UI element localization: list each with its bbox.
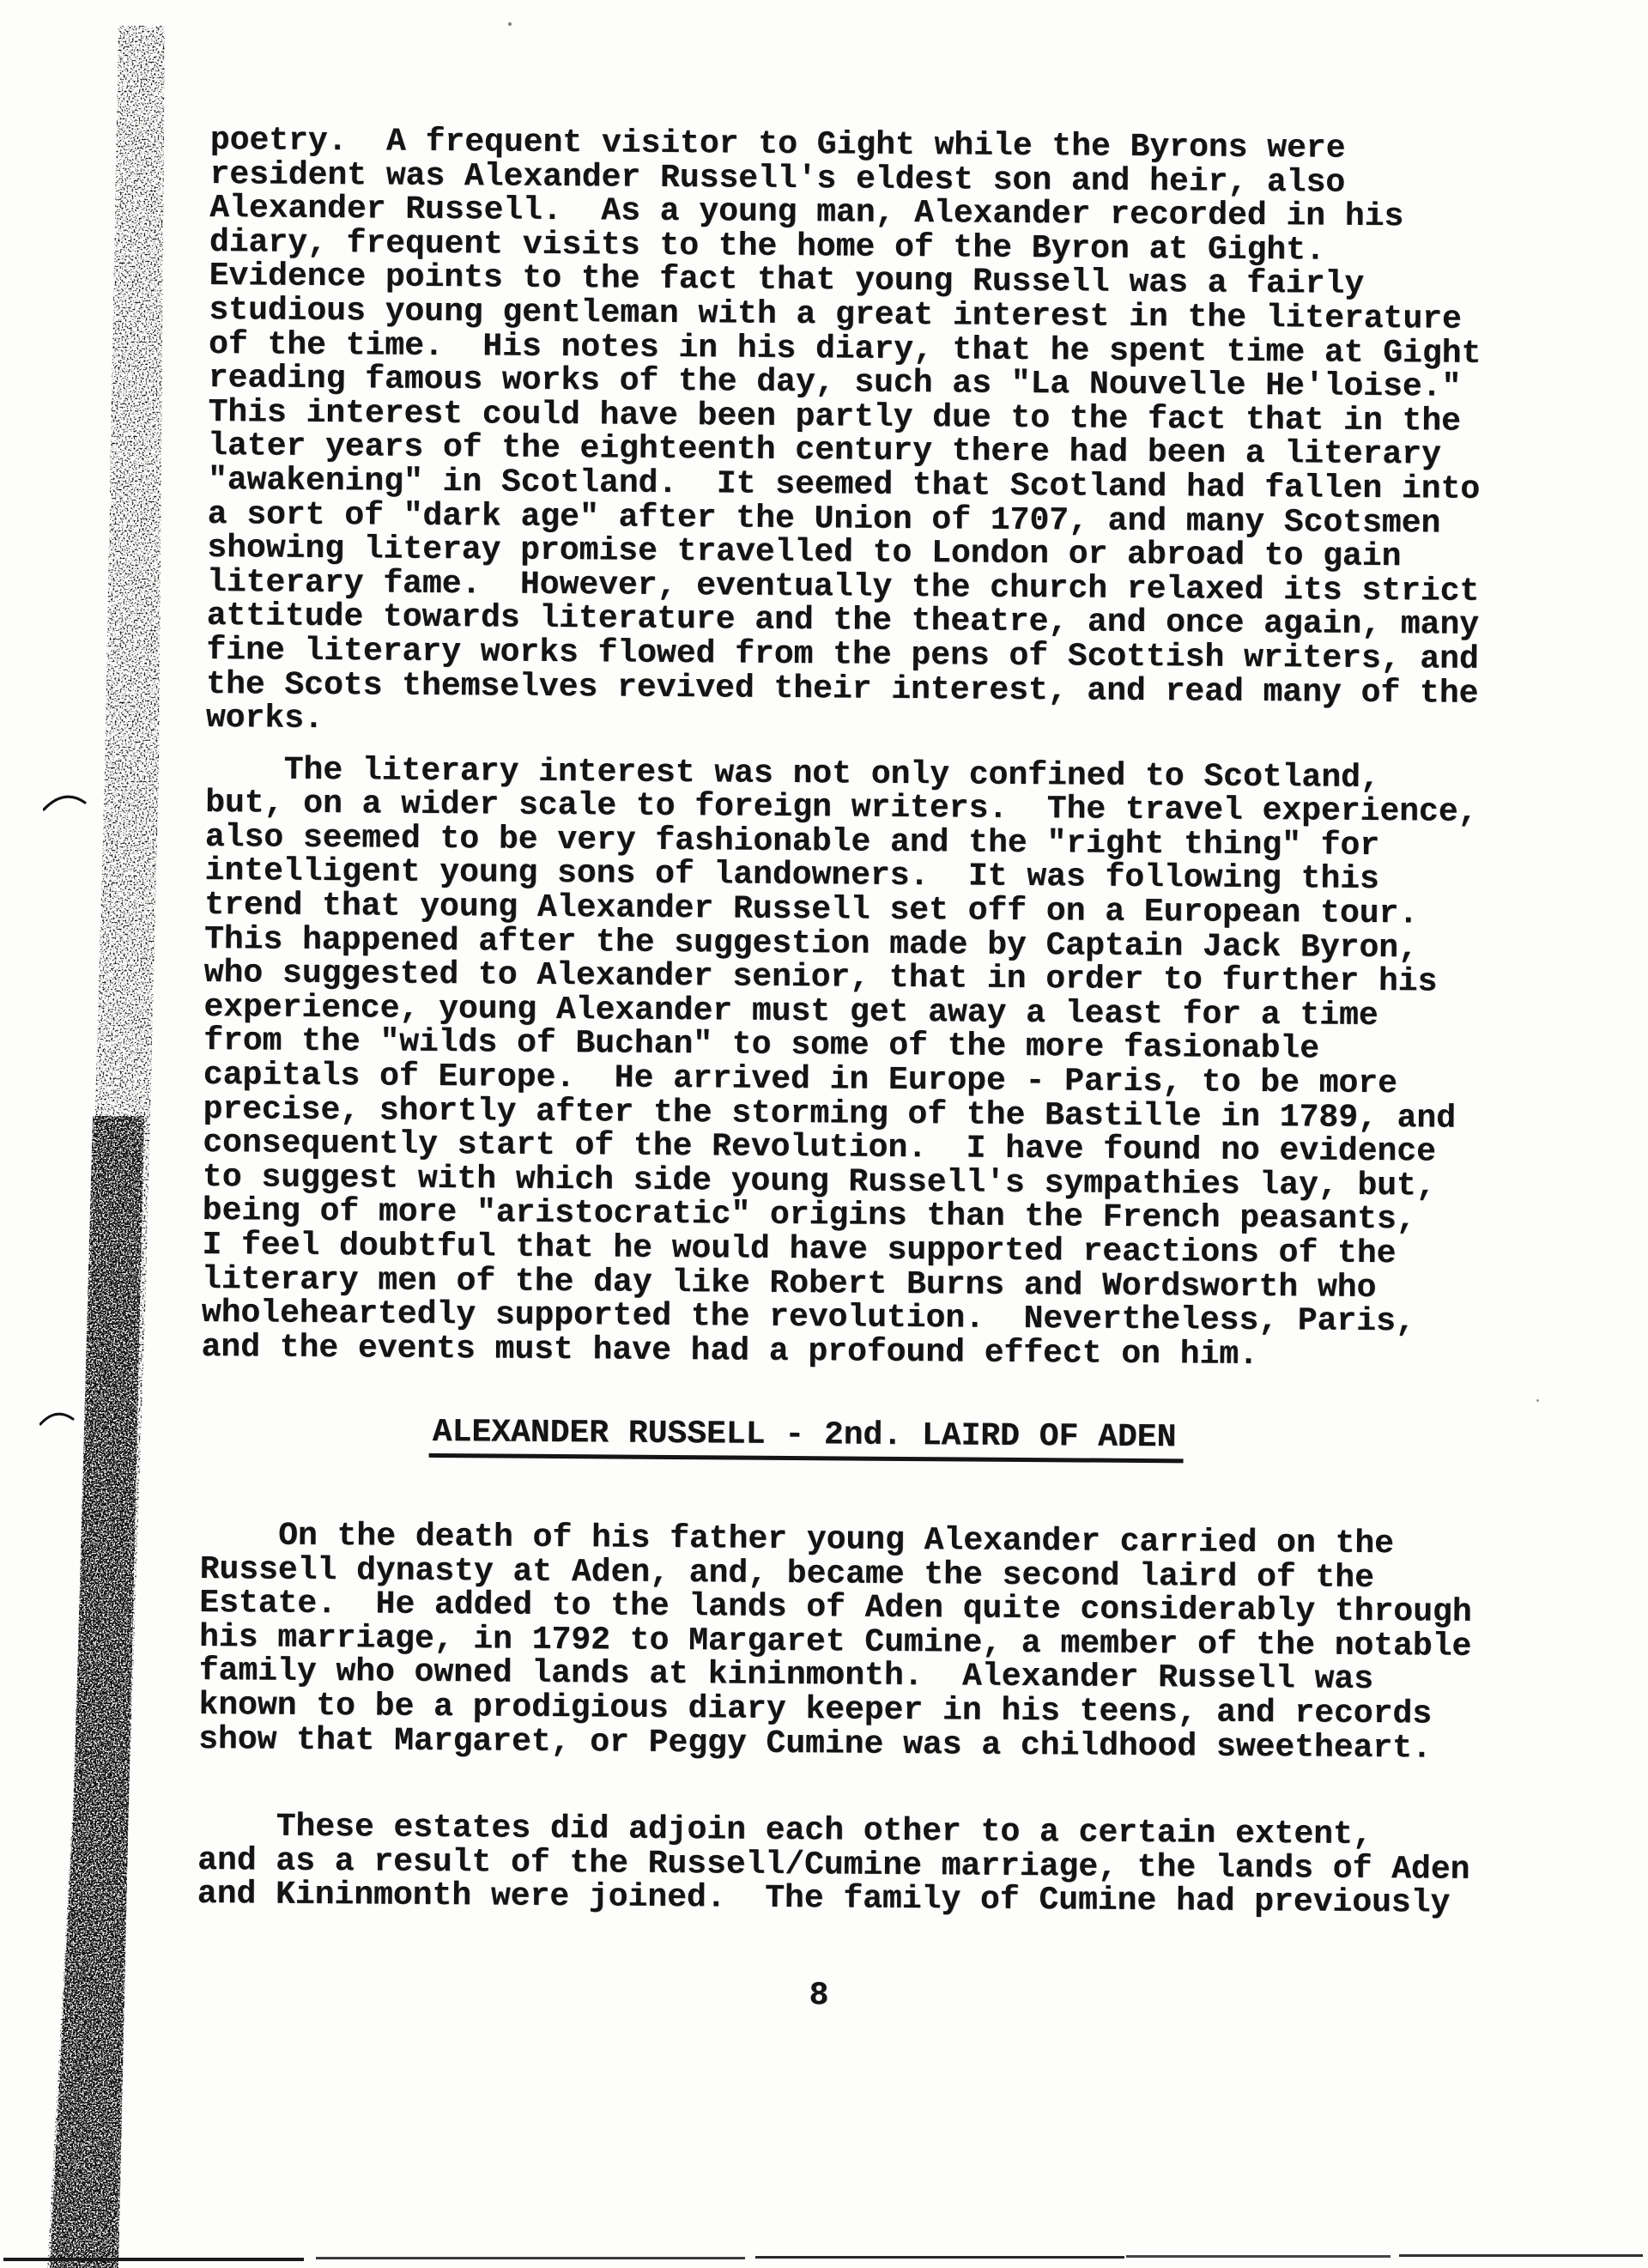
scan-speck: [1536, 1399, 1539, 1402]
bottom-scan-line-segment: [3, 2258, 304, 2261]
typewritten-text-block: poetry. A frequent visitor to Gight whil…: [197, 124, 1532, 2018]
scan-speck: [508, 22, 512, 26]
bottom-scan-line-segment: [1126, 2255, 1390, 2258]
margin-arc-mark: [39, 1406, 76, 1432]
scanned-document-page: poetry. A frequent visitor to Gight whil…: [0, 0, 1648, 2268]
paragraph-literary-interest-gight: poetry. A frequent visitor to Gight whil…: [206, 124, 1532, 745]
paragraph-estates-joined: These estates did adjoin each other to a…: [197, 1810, 1520, 1921]
page-number: 8: [197, 1974, 1441, 2017]
noise-band-dense-shape: [50, 1116, 144, 2268]
margin-arc-mark: [43, 786, 88, 817]
bottom-scan-line-segment: [1399, 2254, 1643, 2257]
bottom-scan-line-segment: [316, 2257, 745, 2259]
paragraph-european-tour: The literary interest was not only confi…: [201, 753, 1527, 1374]
bottom-scan-line-segment: [755, 2256, 1124, 2259]
section-heading: ALEXANDER RUSSELL - 2nd. LAIRD OF ADEN: [429, 1416, 1184, 1463]
paragraph-second-laird: On the death of his father young Alexand…: [198, 1519, 1522, 1766]
